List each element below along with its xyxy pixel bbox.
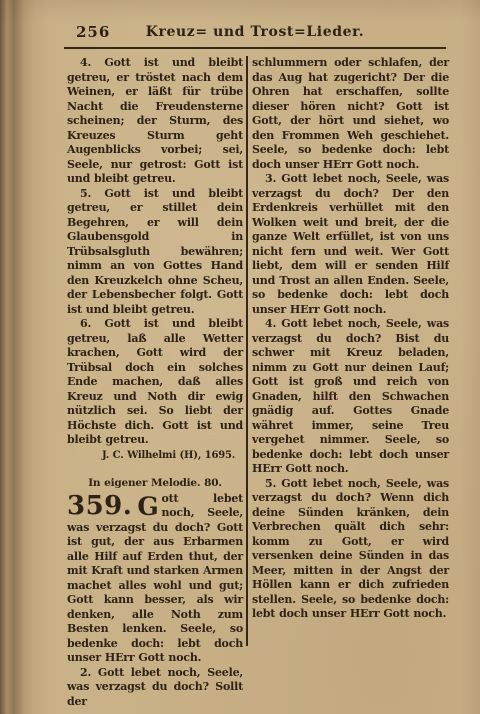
- right-column: schlummern oder schlafen, der das Aug ha…: [252, 56, 449, 709]
- verse-paragraph-5-right: 5. Gott lebet noch, Seele, was verzagst …: [252, 477, 449, 622]
- verse-paragraph-6: 6. Gott ist und bleibt getreu, laß alle …: [67, 317, 243, 448]
- book-page: 256 Kreuz= und Trost=Lieder. 4. Gott ist…: [0, 0, 480, 714]
- hymn-number: 359.: [67, 492, 132, 521]
- verse-paragraph-4: 4. Gott ist und bleibt getreu, er tröste…: [67, 56, 243, 187]
- author-attribution: J. C. Wilhelmi (H), 1695.: [67, 448, 243, 464]
- page-header: 256 Kreuz= und Trost=Lieder.: [64, 22, 446, 44]
- text-columns: 4. Gott ist und bleibt getreu, er tröste…: [67, 56, 449, 709]
- verse-2-continuation: schlummern oder schlafen, der das Aug ha…: [252, 56, 449, 172]
- left-column: 4. Gott ist und bleibt getreu, er tröste…: [67, 56, 243, 709]
- melody-note: In eigener Melodie. 80.: [67, 477, 243, 490]
- verse-paragraph-4-right: 4. Gott lebet noch, Seele, was verzagst …: [252, 317, 449, 477]
- header-rule: [64, 47, 446, 49]
- section-title: Kreuz= und Trost=Lieder.: [64, 24, 446, 40]
- verse-paragraph-3: 3. Gott lebet noch, Seele, was verzagst …: [252, 172, 449, 317]
- binding-gutter-shadow: [0, 0, 72, 714]
- dropcap-initial: G: [137, 492, 158, 521]
- column-divider-rule: [246, 56, 248, 646]
- hymn-359-opening: 359. G ott lebet noch, Seele, was verzag…: [67, 492, 243, 666]
- verse-paragraph-5: 5. Gott ist und bleibt getreu, er stille…: [67, 187, 243, 318]
- verse-paragraph-2-partial: 2. Gott lebet noch, Seele, was verzagst …: [67, 666, 243, 710]
